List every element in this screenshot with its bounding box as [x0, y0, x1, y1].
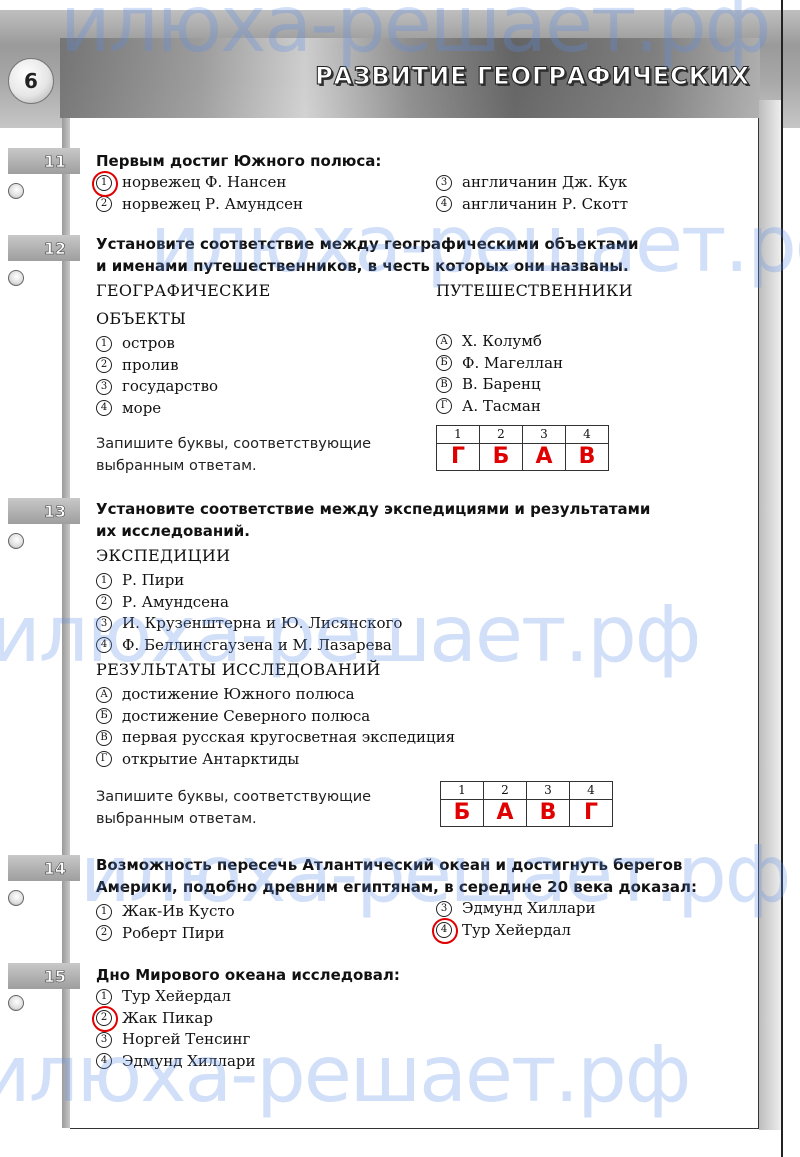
answer-cell[interactable]: В — [566, 444, 609, 471]
option-4[interactable]: 4Эдмунд Хиллари — [96, 1051, 756, 1073]
circled-letter-icon: В — [96, 730, 112, 746]
circled-number-icon: 1 — [96, 336, 112, 352]
left-item-3: 3государство — [96, 376, 436, 398]
binder-hole-icon — [8, 270, 24, 286]
left-item-1: 1остров — [96, 333, 436, 355]
circled-number-icon: 3 — [96, 1032, 112, 1048]
item-label: государство — [122, 376, 218, 398]
item-label: достижение Южного полюса — [122, 684, 355, 706]
circled-letter-icon: Б — [436, 355, 452, 371]
option-3[interactable]: 3Норгей Тенсинг — [96, 1029, 756, 1051]
circled-number-icon: 3 — [96, 379, 112, 395]
chapter-banner: 6 РАЗВИТИЕ ГЕОГРАФИЧЕСКИХ — [0, 10, 800, 128]
answer-cell[interactable]: Г — [437, 444, 480, 471]
circled-number-icon: 3 — [436, 175, 452, 191]
answer-cell[interactable]: Б — [441, 800, 484, 827]
option-label: англичанин Дж. Кук — [462, 172, 627, 194]
option-1[interactable]: 1Тур Хейердал — [96, 986, 756, 1008]
question-14: Возможность пересечь Атлантический океан… — [96, 854, 766, 944]
col-header: 4 — [570, 782, 613, 800]
result-item-b: Бдостижение Северного полюса — [96, 706, 756, 728]
option-label: Жак Пикар — [122, 1008, 213, 1030]
item-label: пролив — [122, 355, 179, 377]
left-item-2: 2пролив — [96, 355, 436, 377]
option-label: Тур Хейердал — [462, 920, 571, 942]
left-item-4: 4море — [96, 398, 436, 420]
right-edge-line — [781, 0, 783, 1157]
left-column-heading: ГЕОГРАФИЧЕСКИЕ — [96, 277, 436, 305]
option-label: англичанин Р. Скотт — [462, 194, 628, 216]
result-item-v: Впервая русская кругосветная экспедиция — [96, 727, 756, 749]
left-column-heading-2: ОБЪЕКТЫ — [96, 305, 436, 333]
item-label: Р. Амундсена — [122, 592, 229, 614]
option-3[interactable]: 3англичанин Дж. Кук — [436, 172, 628, 194]
question-text-line-1: Установите соответствие между экспедиция… — [96, 498, 756, 520]
item-label: море — [122, 398, 161, 420]
expedition-item-2: 2Р. Амундсена — [96, 592, 756, 614]
circled-number-icon: 1 — [96, 989, 112, 1005]
circled-number-icon: 2 — [96, 196, 112, 212]
binder-hole-icon — [8, 183, 24, 199]
page-number-badge: 6 — [8, 58, 54, 104]
item-label: А. Тасман — [462, 396, 541, 418]
question-number-tab-11: 11 — [8, 148, 80, 174]
question-text: Первым достиг Южного полюса: — [96, 150, 756, 172]
item-label: первая русская кругосветная экспедиция — [122, 727, 455, 749]
item-label: Ф. Беллинсгаузена и М. Лазарева — [122, 635, 392, 657]
question-text-line-2: их исследований. — [96, 520, 756, 542]
question-number-tab-13: 13 — [8, 498, 80, 524]
circled-number-icon: 2 — [96, 925, 112, 941]
right-item-v: ВВ. Баренц — [436, 374, 633, 396]
results-heading: РЕЗУЛЬТАТЫ ИССЛЕДОВАНИЙ — [96, 656, 756, 684]
option-label: Норгей Тенсинг — [122, 1029, 250, 1051]
circled-letter-icon: В — [436, 377, 452, 393]
right-page-shade — [759, 100, 781, 1130]
hint-line-1: Запишите буквы, соответствующие — [96, 433, 756, 455]
circled-number-icon: 4 — [96, 637, 112, 653]
circled-number-icon: 1 — [96, 573, 112, 589]
option-label: Эдмунд Хиллари — [122, 1051, 255, 1073]
binder-hole-icon — [8, 533, 24, 549]
circled-number-icon: 4 — [436, 196, 452, 212]
option-3[interactable]: 3Эдмунд Хиллари — [436, 898, 595, 920]
circled-number-icon-selected: 1 — [96, 175, 112, 191]
chapter-title: РАЗВИТИЕ ГЕОГРАФИЧЕСКИХ — [315, 62, 750, 90]
binder-hole-icon — [8, 890, 24, 906]
item-label: остров — [122, 333, 175, 355]
hint-line-1: Запишите буквы, соответствующие — [96, 786, 756, 808]
circled-letter-icon: Г — [436, 398, 452, 414]
result-item-g: Готкрытие Антарктиды — [96, 749, 756, 771]
circled-letter-icon: А — [436, 334, 452, 350]
item-label: В. Баренц — [462, 374, 541, 396]
question-15: Дно Мирового океана исследовал: 1Тур Хей… — [96, 964, 756, 1072]
option-4[interactable]: 4англичанин Р. Скотт — [436, 194, 628, 216]
option-2[interactable]: 2Жак Пикар — [96, 1008, 756, 1030]
binder-hole-icon — [8, 995, 24, 1011]
right-item-a: АХ. Колумб — [436, 331, 633, 353]
circled-number-icon: 2 — [96, 594, 112, 610]
option-4[interactable]: 4Тур Хейердал — [436, 920, 595, 942]
option-1[interactable]: 1Жак-Ив Кусто — [96, 901, 436, 923]
right-column-heading: ПУТЕШЕСТВЕННИКИ — [436, 277, 633, 305]
question-text-line-2: и именами путешественников, в честь кото… — [96, 255, 756, 277]
item-label: И. Крузенштерна и Ю. Лисянского — [122, 613, 402, 635]
col-header: 1 — [441, 782, 484, 800]
option-1[interactable]: 1норвежец Ф. Нансен — [96, 172, 436, 194]
col-header: 2 — [480, 426, 523, 444]
col-header: 3 — [523, 426, 566, 444]
circled-number-icon: 4 — [96, 1053, 112, 1069]
expedition-item-4: 4Ф. Беллинсгаузена и М. Лазарева — [96, 635, 756, 657]
item-label: Р. Пири — [122, 570, 184, 592]
option-2[interactable]: 2Роберт Пири — [96, 923, 436, 945]
circled-letter-icon: А — [96, 687, 112, 703]
expedition-item-3: 3И. Крузенштерна и Ю. Лисянского — [96, 613, 756, 635]
question-number-tab-14: 14 — [8, 855, 80, 881]
question-12: Установите соответствие между географиче… — [96, 233, 756, 477]
hint-line-2: выбранным ответам. — [96, 808, 756, 830]
option-label: норвежец Ф. Нансен — [122, 172, 286, 194]
answer-table-13: 1 2 3 4 Б А В Г — [440, 781, 613, 827]
circled-number-icon-selected: 4 — [436, 922, 452, 938]
question-text-line-1: Установите соответствие между географиче… — [96, 233, 756, 255]
question-text-line-1: Возможность пересечь Атлантический океан… — [96, 854, 766, 876]
right-item-g: ГА. Тасман — [436, 396, 633, 418]
col-header: 1 — [437, 426, 480, 444]
answer-cell[interactable]: В — [527, 800, 570, 827]
answer-cell[interactable]: Б — [480, 444, 523, 471]
item-label: Х. Колумб — [462, 331, 542, 353]
option-label: Тур Хейердал — [122, 986, 231, 1008]
option-label: Жак-Ив Кусто — [122, 901, 235, 923]
option-label: норвежец Р. Амундсен — [122, 194, 303, 216]
circled-number-icon: 4 — [96, 400, 112, 416]
answer-cell[interactable]: А — [523, 444, 566, 471]
question-11: Первым достиг Южного полюса: 1норвежец Ф… — [96, 150, 756, 215]
question-text: Дно Мирового океана исследовал: — [96, 964, 756, 986]
option-2[interactable]: 2норвежец Р. Амундсен — [96, 194, 436, 216]
question-text-line-2: Америки, подобно древним египтянам, в се… — [96, 876, 766, 898]
col-header: 4 — [566, 426, 609, 444]
circled-number-icon: 1 — [96, 904, 112, 920]
item-label: Ф. Магеллан — [462, 353, 563, 375]
circled-letter-icon: Г — [96, 751, 112, 767]
right-item-b: БФ. Магеллан — [436, 353, 633, 375]
expedition-item-1: 1Р. Пири — [96, 570, 756, 592]
answer-cell[interactable]: Г — [570, 800, 613, 827]
hint-line-2: выбранным ответам. — [96, 455, 756, 477]
option-label: Роберт Пири — [122, 923, 224, 945]
circled-number-icon: 3 — [96, 616, 112, 632]
circled-letter-icon: Б — [96, 708, 112, 724]
question-13: Установите соответствие между экспедиция… — [96, 498, 756, 830]
circled-number-icon: 2 — [96, 357, 112, 373]
question-number-tab-12: 12 — [8, 235, 80, 261]
expeditions-heading: ЭКСПЕДИЦИИ — [96, 542, 756, 570]
circled-number-icon-selected: 2 — [96, 1010, 112, 1026]
col-header: 3 — [527, 782, 570, 800]
item-label: достижение Северного полюса — [122, 706, 370, 728]
option-label: Эдмунд Хиллари — [462, 898, 595, 920]
result-item-a: Адостижение Южного полюса — [96, 684, 756, 706]
col-header: 2 — [484, 782, 527, 800]
question-number-tab-15: 15 — [8, 963, 80, 989]
answer-cell[interactable]: А — [484, 800, 527, 827]
answer-table-12: 1 2 3 4 Г Б А В — [436, 425, 609, 471]
circled-number-icon: 3 — [436, 901, 452, 917]
item-label: открытие Антарктиды — [122, 749, 299, 771]
